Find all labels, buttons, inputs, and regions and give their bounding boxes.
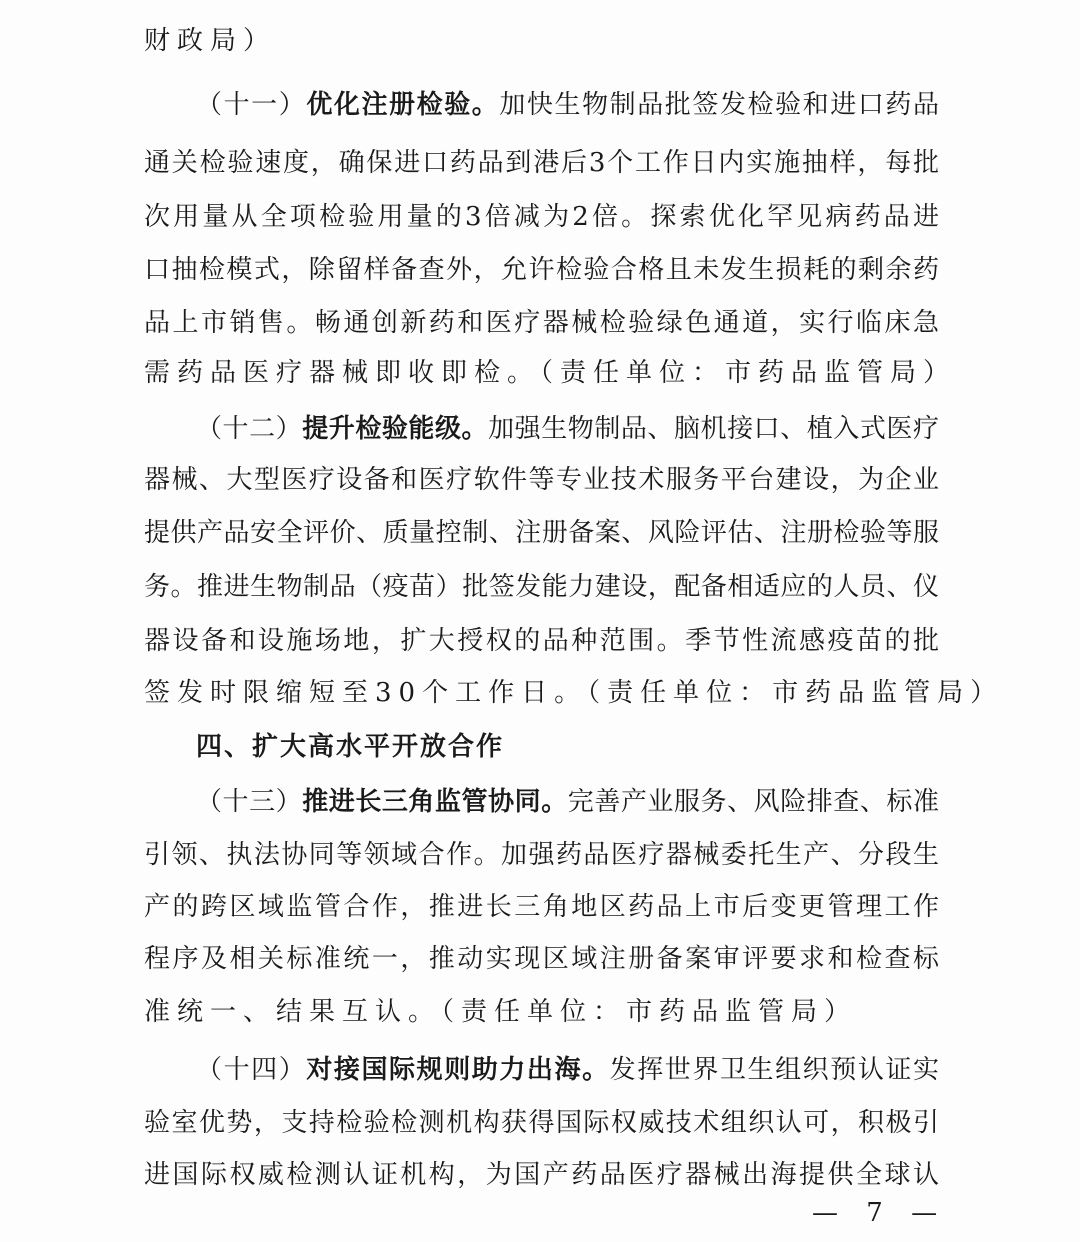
- text-line: 产的跨区域监管合作，推进长三角地区药品上市后变更管理工作: [144, 890, 939, 924]
- item-label: （十三）: [196, 787, 302, 817]
- text-line: 提供产品安全评价、质量控制、注册备案、风险评估、注册检验等服: [144, 516, 939, 550]
- item-body: 完善产业服务、风险排查、标准: [568, 787, 939, 817]
- item-label: （十四）: [196, 1055, 306, 1085]
- item-body: 加强生物制品、脑机接口、植入式医疗: [488, 414, 939, 444]
- item-label: （十一）: [196, 90, 306, 120]
- item-body: 发挥世界卫生组织预认证实: [610, 1055, 939, 1085]
- paragraph-14-first-line: （十四）对接国际规则助力出海。发挥世界卫生组织预认证实: [196, 1053, 939, 1087]
- item-body: 加快生物制品批签发检验和进口药品: [499, 90, 939, 120]
- text-line: 需药品医疗器械即收即检。（责任单位：市药品监管局）: [144, 356, 939, 390]
- item-title: 推进长三角监管协同。: [302, 787, 568, 817]
- text-line: 次用量从全项检验用量的3倍减为2倍。探索优化罕见病药品进: [144, 200, 939, 234]
- text-line: 进国际权威检测认证机构，为国产药品医疗器械出海提供全球认: [144, 1158, 939, 1192]
- text-line: 器械、大型医疗设备和医疗软件等专业技术服务平台建设，为企业: [144, 463, 939, 497]
- text-line: 器设备和设施场地，扩大授权的品种范围。季节性流感疫苗的批: [144, 624, 939, 658]
- item-label: （十二）: [196, 414, 302, 444]
- text-line: 签发时限缩短至30个工作日。（责任单位：市药品监管局）: [144, 676, 939, 710]
- item-title: 提升检验能级。: [302, 414, 488, 444]
- text-line: 通关检验速度，确保进口药品到港后3个工作日内实施抽样，每批: [144, 146, 939, 180]
- paragraph-13-first-line: （十三）推进长三角监管协同。完善产业服务、风险排查、标准: [196, 785, 939, 819]
- text-line: 准统一、结果互认。（责任单位：市药品监管局）: [144, 995, 939, 1029]
- item-title: 优化注册检验。: [306, 90, 499, 120]
- paragraph-12-first-line: （十二）提升检验能级。加强生物制品、脑机接口、植入式医疗: [196, 412, 939, 446]
- page-number: — 7 —: [812, 1196, 947, 1230]
- text-line: 程序及相关标准统一，推动实现区域注册备案审评要求和检查标: [144, 942, 939, 976]
- text-line: 财政局）: [144, 24, 939, 58]
- text-line: 务。推进生物制品（疫苗）批签发能力建设，配备相适应的人员、仪: [144, 570, 939, 604]
- document-page: 财政局） （十一）优化注册检验。加快生物制品批签发检验和进口药品 通关检验速度，…: [0, 0, 1080, 1242]
- paragraph-11-first-line: （十一）优化注册检验。加快生物制品批签发检验和进口药品: [196, 88, 939, 122]
- text-line: 引领、执法协同等领域合作。加强药品医疗器械委托生产、分段生: [144, 838, 939, 872]
- section-heading: 四、扩大高水平开放合作: [196, 730, 504, 764]
- text-line: 验室优势，支持检验检测机构获得国际权威技术组织认可，积极引: [144, 1106, 939, 1140]
- text-line: 品上市销售。畅通创新药和医疗器械检验绿色通道，实行临床急: [144, 306, 939, 340]
- text-line: 口抽检模式，除留样备查外，允许检验合格且未发生损耗的剩余药: [144, 253, 939, 287]
- item-title: 对接国际规则助力出海。: [306, 1055, 609, 1085]
